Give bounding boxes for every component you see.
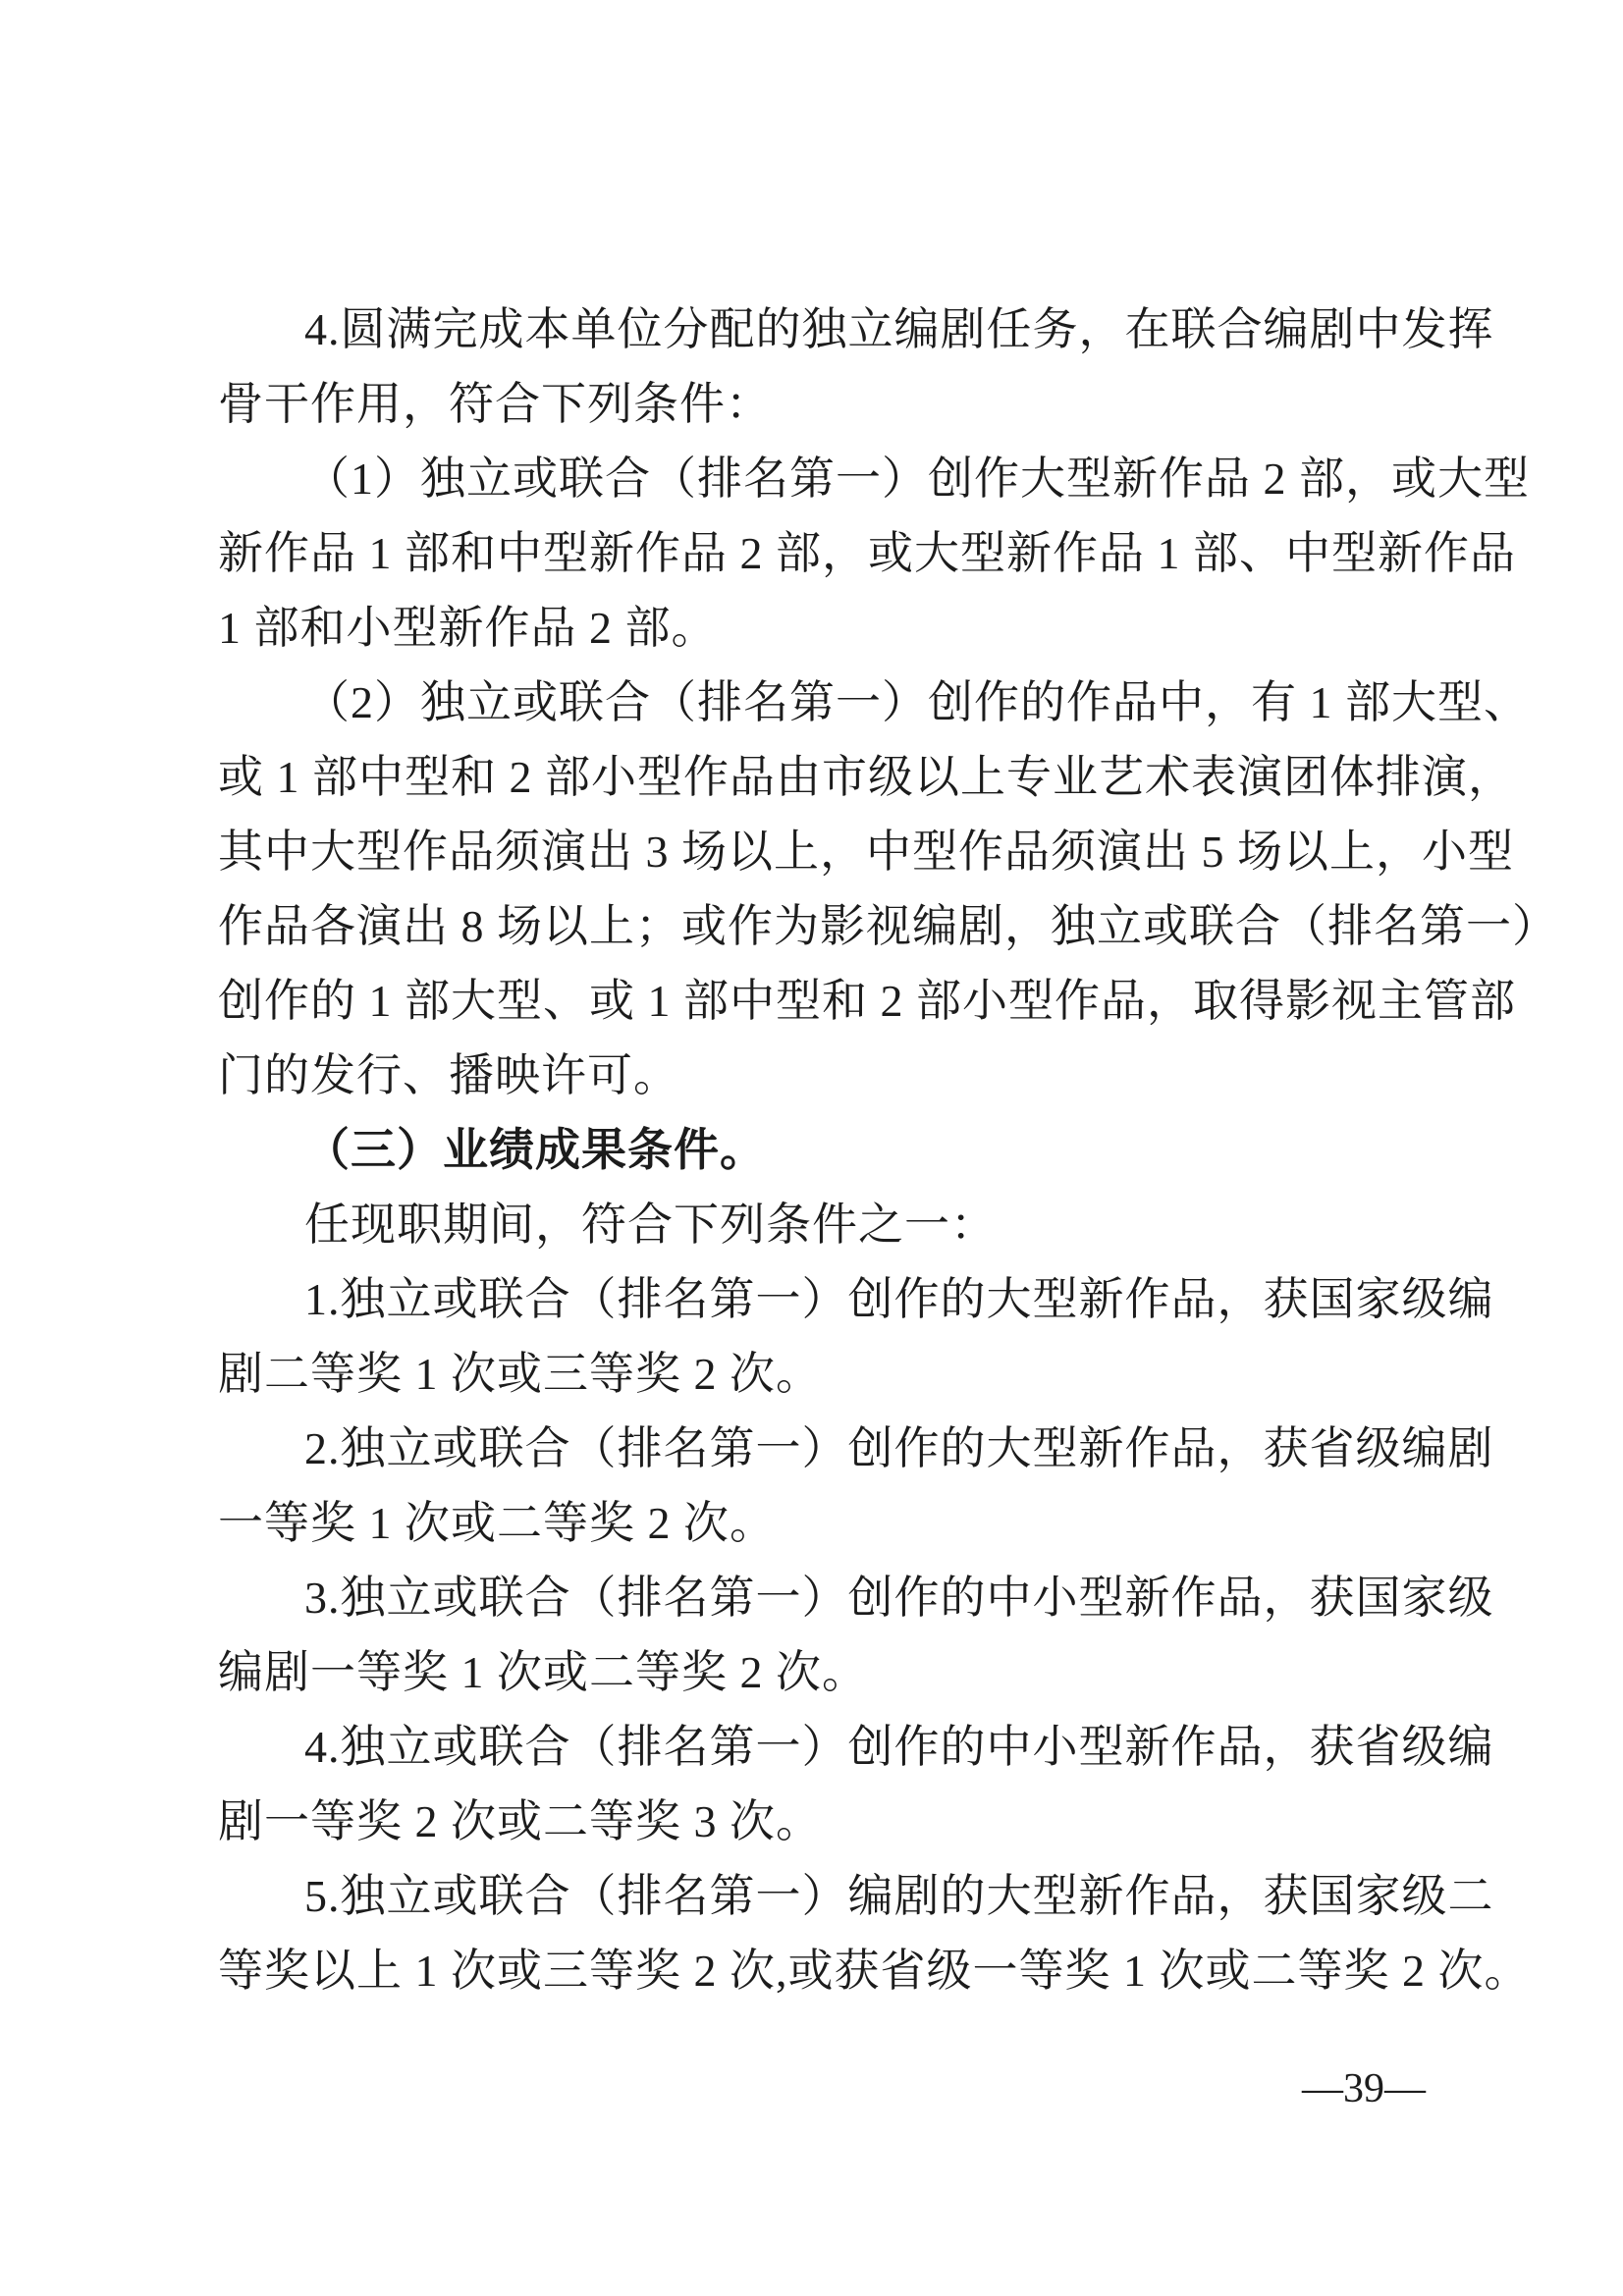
- text-line: 门的发行、播映许可。: [218, 1039, 1435, 1113]
- text-line: 1 部和小型新作品 2 部。: [218, 591, 1435, 666]
- text-line: 或 1 部中型和 2 部小型作品由市级以上专业艺术表演团体排演，: [218, 740, 1435, 815]
- text-line: （2）独立或联合（排名第一）创作的作品中，有 1 部大型、: [218, 666, 1435, 740]
- text-line: 1.独立或联合（排名第一）创作的大型新作品，获国家级编: [218, 1262, 1435, 1337]
- text-line: 剧二等奖 1 次或三等奖 2 次。: [218, 1337, 1435, 1412]
- text-line: 编剧一等奖 1 次或二等奖 2 次。: [218, 1635, 1435, 1710]
- text-line: 作品各演出 8 场以上；或作为影视编剧，独立或联合（排名第一）: [218, 889, 1435, 964]
- text-line: 2.独立或联合（排名第一）创作的大型新作品，获省级编剧: [218, 1412, 1435, 1486]
- text-line: 剧一等奖 2 次或二等奖 3 次。: [218, 1785, 1435, 1859]
- text-line: 一等奖 1 次或二等奖 2 次。: [218, 1486, 1435, 1561]
- page-number: —39—: [1302, 2065, 1426, 2112]
- text-line: 其中大型作品须演出 3 场以上，中型作品须演出 5 场以上，小型: [218, 815, 1435, 889]
- text-line: 3.独立或联合（排名第一）创作的中小型新作品，获国家级: [218, 1561, 1435, 1635]
- text-line: 5.独立或联合（排名第一）编剧的大型新作品，获国家级二: [218, 1859, 1435, 1934]
- text-line: 创作的 1 部大型、或 1 部中型和 2 部小型作品，取得影视主管部: [218, 964, 1435, 1039]
- text-line: 任现职期间，符合下列条件之一：: [218, 1188, 1435, 1262]
- document-page: 4.圆满完成本单位分配的独立编剧任务，在联合编剧中发挥骨干作用，符合下列条件：（…: [0, 0, 1623, 2296]
- text-line: （1）独立或联合（排名第一）创作大型新作品 2 部，或大型: [218, 442, 1435, 516]
- text-line: 骨干作用，符合下列条件：: [218, 367, 1435, 442]
- text-line: 4.独立或联合（排名第一）创作的中小型新作品，获省级编: [218, 1710, 1435, 1785]
- text-line: 4.圆满完成本单位分配的独立编剧任务，在联合编剧中发挥: [218, 293, 1435, 367]
- text-line: 新作品 1 部和中型新作品 2 部，或大型新作品 1 部、中型新作品: [218, 516, 1435, 591]
- document-body: 4.圆满完成本单位分配的独立编剧任务，在联合编剧中发挥骨干作用，符合下列条件：（…: [218, 293, 1435, 2008]
- text-line: 等奖以上 1 次或三等奖 2 次,或获省级一等奖 1 次或二等奖 2 次。: [218, 1934, 1435, 2008]
- section-heading: （三）业绩成果条件。: [218, 1113, 1435, 1188]
